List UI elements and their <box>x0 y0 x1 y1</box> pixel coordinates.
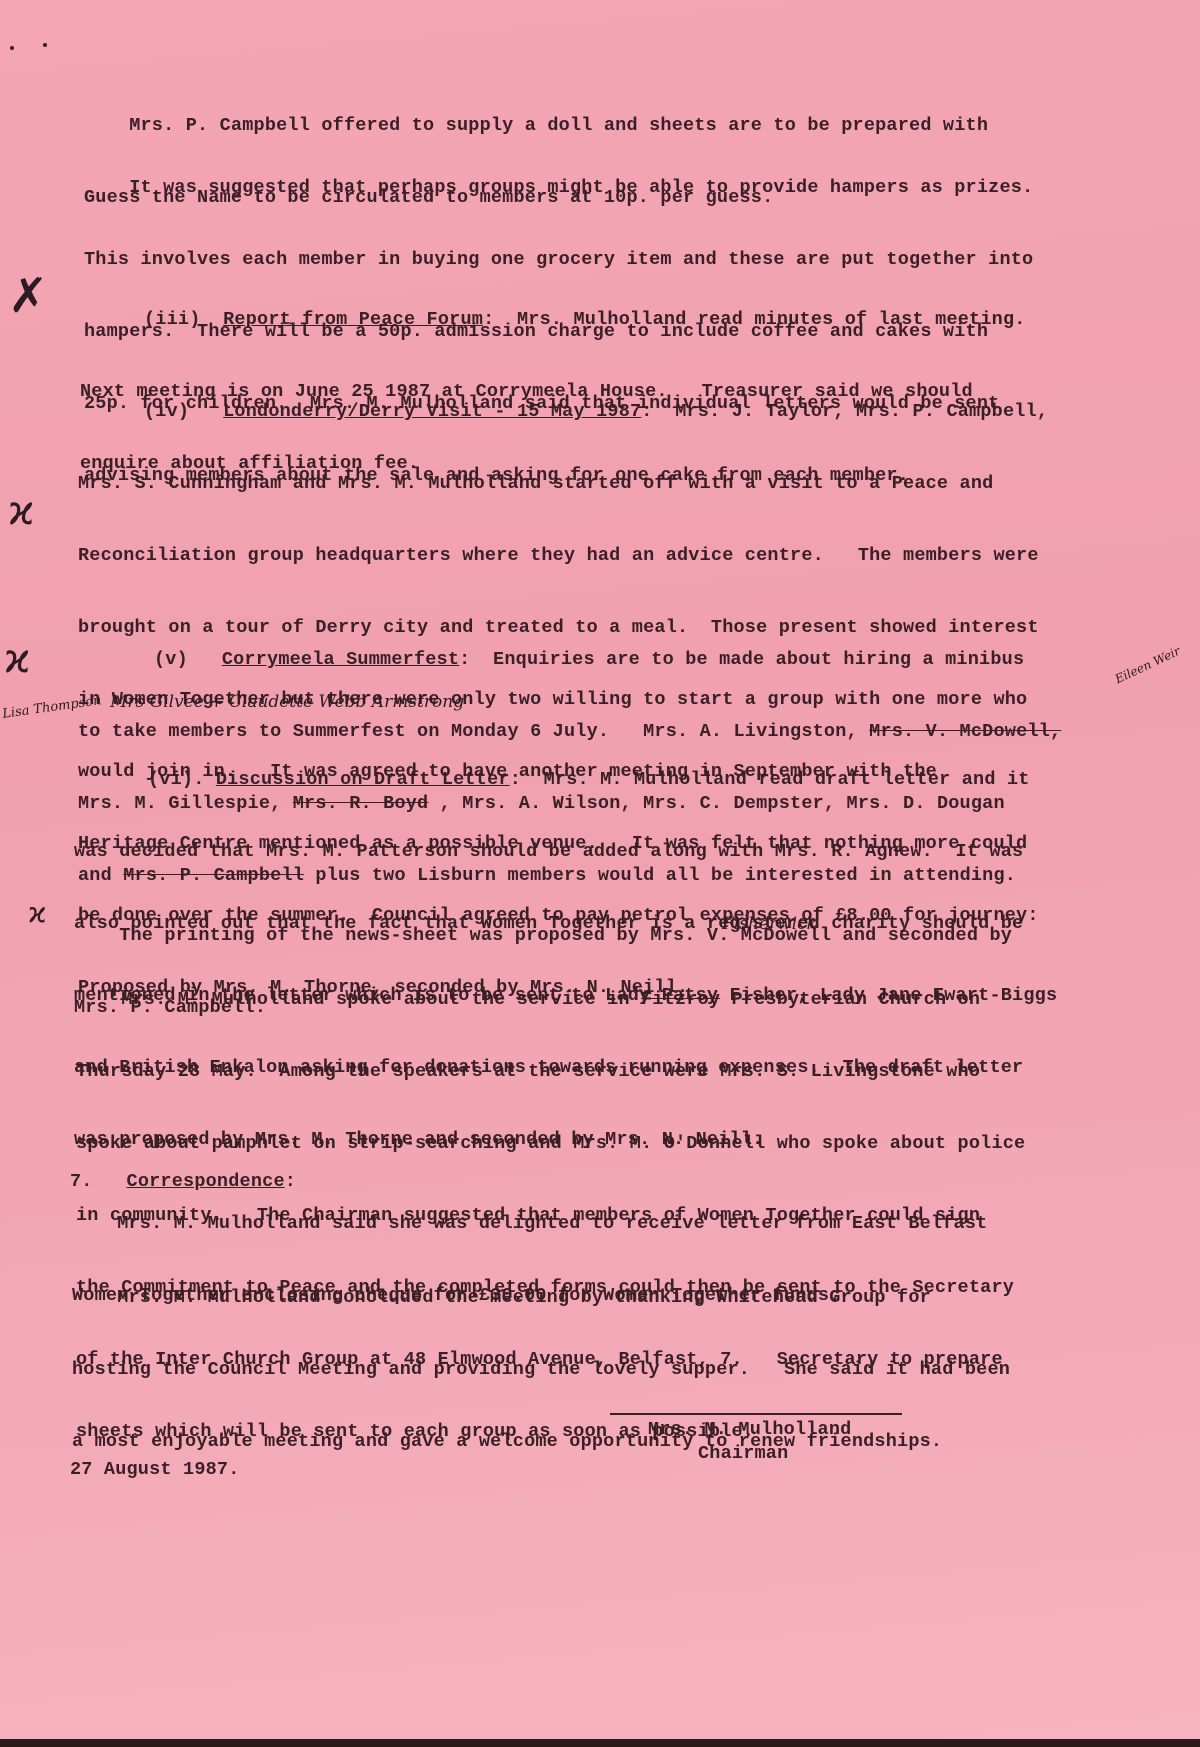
scan-bottom-edge <box>0 1739 1200 1747</box>
punch-mark <box>43 43 47 47</box>
text-line: It was suggested that perhaps groups mig… <box>84 176 1033 200</box>
handwritten-margin-note: Eileen Weir <box>1113 640 1191 686</box>
margin-tick-mark-icon: ϰ <box>28 896 47 929</box>
signature-title: Chairman <box>698 1442 788 1466</box>
item-number: (vi) <box>74 769 193 790</box>
punch-mark <box>10 46 14 50</box>
document-date: 27 August 1987. <box>70 1458 240 1482</box>
text-line: : Mrs. Mulholland read minutes of last m… <box>483 309 1026 330</box>
text-line: a most enjoyable meeting and gave a welc… <box>72 1430 1010 1454</box>
text-line: was decided that Mrs. M. Patterson shoul… <box>74 840 1057 864</box>
handwritten-insertion: Fisherwick <box>722 914 817 934</box>
text-line: hosting the Council Meeting and providin… <box>72 1358 1010 1382</box>
handwritten-note: Mrs Gilvee + Claudette Webb Armstrong <box>110 692 464 712</box>
text-line: Mrs. M. Mulholland concluded the meeting… <box>72 1286 1010 1310</box>
margin-tick-mark-icon: ϰ <box>4 636 31 682</box>
text-line: Reconciliation group headquarters where … <box>78 544 1048 568</box>
margin-tick-mark-icon: ϰ <box>8 488 35 534</box>
item-number: (iii) <box>80 309 201 330</box>
text-line: Mrs. S. Cunningham and Mrs. M. Mulhollan… <box>78 472 1048 496</box>
item-heading: Londonderry/Derry Visit - 15 May 1987 <box>223 401 641 422</box>
item-number: (v) <box>78 649 188 670</box>
text-line: Thursday 28 May. Among the speakers at t… <box>76 1060 1025 1084</box>
signature-line <box>610 1413 902 1415</box>
struck-text: Fitzroy <box>641 989 720 1010</box>
text-line: Presbyterian Church on <box>720 989 980 1010</box>
item-heading: Discussion on Draft Letter <box>216 769 510 790</box>
text-line: : Enquiries are to be made about hiring … <box>459 649 1024 670</box>
item-heading: Report from Peace Forum <box>223 309 483 330</box>
text-line: Mrs. M. Mulholland said she was delighte… <box>72 1212 987 1236</box>
text-line: : Mrs. J. Taylor, Mrs. P. Campbell, <box>641 401 1048 422</box>
item-number: (iv) <box>78 401 189 422</box>
item-heading: Corrymeela Summerfest <box>222 649 459 670</box>
margin-x-mark-icon: ✗ <box>8 268 48 324</box>
text-line: Mrs. M. Mulholland spoke about the servi… <box>76 989 641 1010</box>
document-page: Mrs. P. Campbell offered to supply a dol… <box>0 0 1200 1747</box>
signature-name: Mrs. M. Mulholland <box>648 1418 851 1442</box>
text-line: : Mrs. M. Mulholland read draft letter a… <box>510 769 1030 790</box>
